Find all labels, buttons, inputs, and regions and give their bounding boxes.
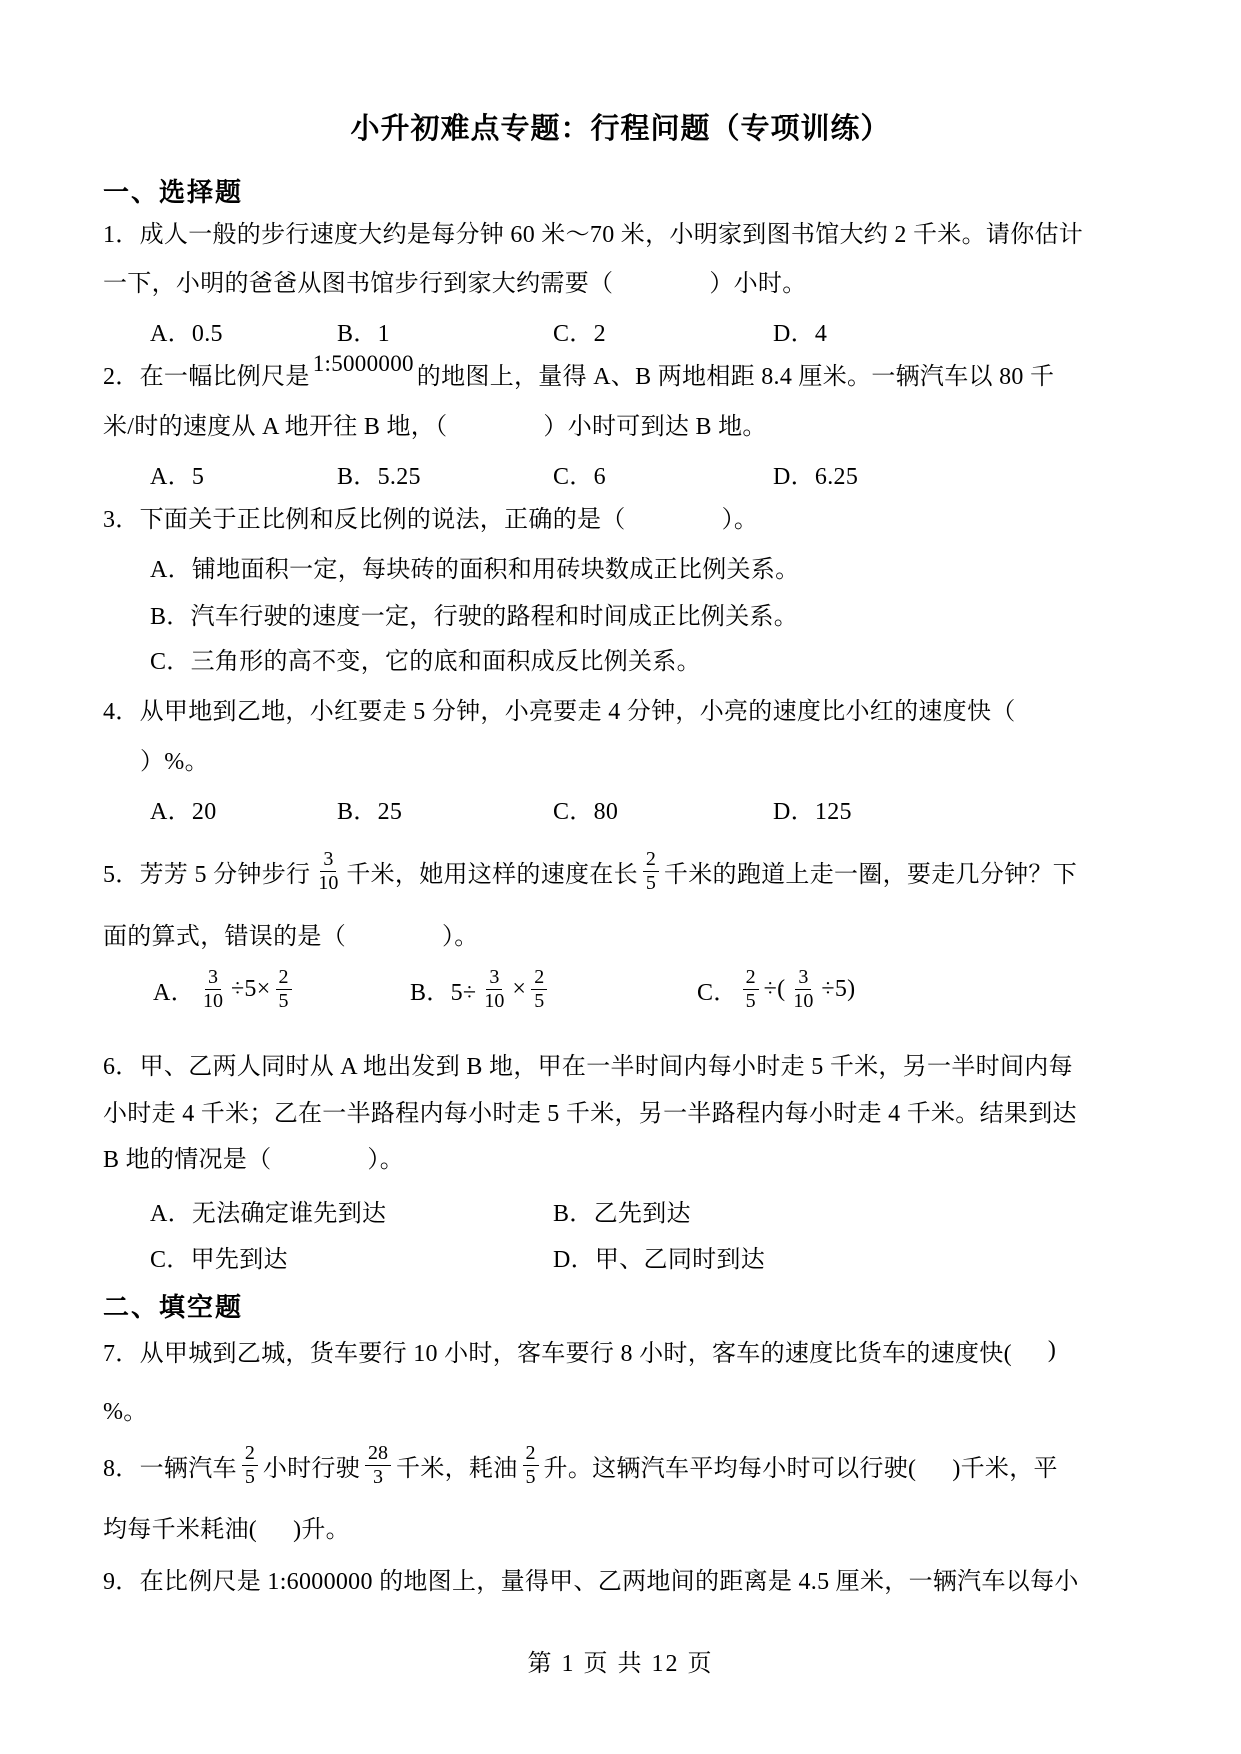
fraction-denominator: 5 bbox=[242, 1466, 258, 1489]
question-1-options: A．0.5B．1C．2D．4 bbox=[103, 306, 1146, 354]
fraction-numerator: 2 bbox=[531, 966, 547, 990]
fraction-denominator: 5 bbox=[643, 872, 659, 895]
fraction-denominator: 10 bbox=[315, 872, 341, 895]
fraction: 25 bbox=[643, 848, 659, 895]
option-cell: C．25÷(310÷5) bbox=[697, 956, 855, 1022]
option-cell: D．125 bbox=[773, 784, 852, 832]
text-run: 3．下面关于正比例和反比例的说法，正确的是（ bbox=[103, 499, 626, 534]
text-run: ）。 bbox=[367, 1139, 404, 1174]
option-cell: B．5÷310×25 bbox=[410, 956, 552, 1022]
map-scale-ratio: 1:5000000 bbox=[313, 351, 414, 377]
text-run: A．20 bbox=[150, 791, 217, 826]
text-run: × bbox=[512, 976, 526, 1003]
fraction-denominator: 3 bbox=[370, 1466, 386, 1489]
text-run: 6．甲、乙两人同时从 A 地出发到 B 地，甲在一半时间内每小时走 5 千米，另… bbox=[103, 1046, 1073, 1081]
text-run: A． bbox=[153, 972, 195, 1007]
text-run: )千米，平 bbox=[952, 1448, 1058, 1483]
question-5-line-2: 面的算式，错误的是（）。 bbox=[103, 909, 1146, 957]
question-3-option-b: B．汽车行驶的速度一定，行驶的路程和时间成正比例关系。 bbox=[150, 589, 1146, 637]
text-run: B．汽车行驶的速度一定，行驶的路程和时间成正比例关系。 bbox=[150, 596, 798, 631]
fraction-denominator: 5 bbox=[523, 1466, 539, 1489]
text-run: B．25 bbox=[337, 791, 402, 826]
answer-blank bbox=[447, 422, 543, 424]
text-run: ）。 bbox=[722, 499, 759, 534]
text-run: D．6.25 bbox=[773, 456, 858, 491]
text-run: 2．在一幅比例尺是 bbox=[103, 356, 310, 391]
text-run: ）小时可到达 B 地。 bbox=[543, 406, 766, 441]
text-run: ÷( bbox=[764, 976, 786, 1003]
text-run: 9．在比例尺是 1:6000000 的地图上，量得甲、乙两地间的距离是 4.5 … bbox=[103, 1561, 1079, 1596]
question-2-line-2: 米/时的速度从 A 地开往 B 地，（）小时可到达 B 地。 bbox=[103, 399, 1146, 447]
fraction: 25 bbox=[743, 966, 759, 1013]
answer-blank bbox=[916, 1464, 952, 1466]
fraction-denominator: 10 bbox=[200, 990, 226, 1013]
fraction-numerator: 2 bbox=[242, 1442, 258, 1466]
question-6-line-2: 小时走 4 千米；乙在一半路程内每小时走 5 千米，另一半路程内每小时走 4 千… bbox=[103, 1086, 1146, 1134]
text-run: 面的算式，错误的是（ bbox=[103, 916, 346, 951]
option-cell: C．80 bbox=[553, 784, 618, 832]
option-cell: A．310÷5×25 bbox=[153, 956, 297, 1022]
text-run: 千米，耗油 bbox=[396, 1448, 518, 1483]
fraction-numerator: 2 bbox=[743, 966, 759, 990]
text-run: 均每千米耗油( bbox=[103, 1509, 257, 1544]
answer-blank bbox=[346, 932, 442, 934]
text-run: ) bbox=[1048, 1337, 1056, 1364]
text-run: A．铺地面积一定，每块砖的面积和用砖块数成正比例关系。 bbox=[150, 549, 799, 584]
text-run: ）。 bbox=[442, 916, 479, 951]
question-5-options: A．310÷5×25B．5÷310×25C．25÷(310÷5) bbox=[103, 956, 1146, 1022]
question-8-line-2: 均每千米耗油()升。 bbox=[103, 1502, 1146, 1550]
text-run: C．甲先到达 bbox=[150, 1239, 288, 1274]
text-run: 5．芳芳 5 分钟步行 bbox=[103, 854, 310, 889]
question-6-line-3: B 地的情况是（）。 bbox=[103, 1132, 1146, 1180]
text-run: B．乙先到达 bbox=[553, 1193, 691, 1228]
option-cell: D．甲、乙同时到达 bbox=[553, 1232, 765, 1280]
worksheet-page: 小升初难点专题：行程问题（专项训练） 一、选择题1．成人一般的步行速度大约是每分… bbox=[0, 0, 1241, 1754]
option-cell: D．6.25 bbox=[773, 449, 858, 497]
fraction: 310 bbox=[481, 966, 507, 1013]
text-run: D．甲、乙同时到达 bbox=[553, 1239, 765, 1274]
text-run: C． bbox=[697, 972, 738, 1007]
text-run: 升。这辆汽车平均每小时可以行驶( bbox=[544, 1448, 917, 1483]
text-run: 1．成人一般的步行速度大约是每分钟 60 米～70 米，小明家到图书馆大约 2 … bbox=[103, 214, 1083, 249]
text-run: C．三角形的高不变，它的底和面积成反比例关系。 bbox=[150, 641, 701, 676]
text-run: 小时走 4 千米；乙在一半路程内每小时走 5 千米，另一半路程内每小时走 4 千… bbox=[103, 1093, 1077, 1128]
text-run: A．5 bbox=[150, 456, 204, 491]
question-3-line-1: 3．下面关于正比例和反比例的说法，正确的是（）。 bbox=[103, 492, 1146, 540]
answer-blank bbox=[1012, 1349, 1048, 1351]
fraction-denominator: 5 bbox=[743, 990, 759, 1013]
fraction-numerator: 2 bbox=[276, 966, 292, 990]
fraction-numerator: 2 bbox=[643, 848, 659, 872]
text-run: ）%。 bbox=[140, 741, 209, 776]
question-6-options-ab: A．无法确定谁先到达B．乙先到达 bbox=[103, 1186, 1146, 1234]
fraction: 283 bbox=[365, 1442, 391, 1489]
fraction: 310 bbox=[790, 966, 816, 1013]
option-cell: C．6 bbox=[553, 449, 606, 497]
option-cell: A．无法确定谁先到达 bbox=[150, 1186, 386, 1234]
text-run: 一、选择题 bbox=[103, 172, 243, 209]
question-3-option-c: C．三角形的高不变，它的底和面积成反比例关系。 bbox=[150, 634, 1146, 682]
question-4-line-1: 4．从甲地到乙地，小红要走 5 分钟，小亮要走 4 分钟，小亮的速度比小红的速度… bbox=[103, 684, 1146, 732]
text-run: %。 bbox=[103, 1391, 148, 1426]
option-cell: C．2 bbox=[553, 306, 606, 354]
question-7-line-2: %。 bbox=[103, 1384, 1146, 1432]
fraction-numerator: 3 bbox=[795, 966, 811, 990]
question-2-line-1: 2．在一幅比例尺是1:5000000的地图上，量得 A、B 两地相距 8.4 厘… bbox=[103, 349, 1146, 397]
question-6-line-1: 6．甲、乙两人同时从 A 地出发到 B 地，甲在一半时间内每小时走 5 千米，另… bbox=[103, 1039, 1146, 1087]
text-run: B．5.25 bbox=[337, 456, 421, 491]
answer-blank bbox=[257, 1525, 293, 1527]
fraction-numerator: 2 bbox=[523, 1442, 539, 1466]
question-1-line-1: 1．成人一般的步行速度大约是每分钟 60 米～70 米，小明家到图书馆大约 2 … bbox=[103, 207, 1146, 255]
question-3-option-a: A．铺地面积一定，每块砖的面积和用砖块数成正比例关系。 bbox=[150, 542, 1146, 590]
question-4-options: A．20B．25C．80D．125 bbox=[103, 784, 1146, 832]
option-cell: B．乙先到达 bbox=[553, 1186, 691, 1234]
fraction: 25 bbox=[276, 966, 292, 1013]
text-run: 千米，她用这样的速度在长 bbox=[346, 854, 638, 889]
fraction-denominator: 10 bbox=[790, 990, 816, 1013]
fraction: 25 bbox=[242, 1442, 258, 1489]
text-run: D．125 bbox=[773, 791, 852, 826]
answer-blank bbox=[626, 515, 722, 517]
page-title: 小升初难点专题：行程问题（专项训练） bbox=[0, 112, 1241, 146]
fraction-denominator: 10 bbox=[481, 990, 507, 1013]
text-run: B．5÷ bbox=[410, 972, 476, 1007]
fraction: 310 bbox=[315, 848, 341, 895]
option-cell: A．5 bbox=[150, 449, 204, 497]
page-footer: 第 1 页 共 12 页 bbox=[0, 1649, 1241, 1679]
text-run: D．4 bbox=[773, 313, 827, 348]
answer-blank bbox=[613, 279, 709, 281]
text-run: )升。 bbox=[293, 1509, 350, 1544]
text-run: 8．一辆汽车 bbox=[103, 1448, 237, 1483]
text-run: 4．从甲地到乙地，小红要走 5 分钟，小亮要走 4 分钟，小亮的速度比小红的速度… bbox=[103, 691, 1016, 726]
question-6-options-cd: C．甲先到达D．甲、乙同时到达 bbox=[103, 1232, 1146, 1280]
fraction-numerator: 3 bbox=[320, 848, 336, 872]
fraction-denominator: 5 bbox=[276, 990, 292, 1013]
option-cell: A．20 bbox=[150, 784, 217, 832]
text-run: A．无法确定谁先到达 bbox=[150, 1193, 386, 1228]
option-cell: B．5.25 bbox=[337, 449, 421, 497]
text-run: C．2 bbox=[553, 313, 606, 348]
fraction: 310 bbox=[200, 966, 226, 1013]
fraction-numerator: 28 bbox=[365, 1442, 391, 1466]
option-cell: C．甲先到达 bbox=[150, 1232, 288, 1280]
text-run: 的地图上，量得 A、B 两地相距 8.4 厘米。一辆汽车以 80 千 bbox=[417, 356, 1055, 391]
fraction-numerator: 3 bbox=[205, 966, 221, 990]
question-9-line-1: 9．在比例尺是 1:6000000 的地图上，量得甲、乙两地间的距离是 4.5 … bbox=[103, 1554, 1146, 1602]
option-cell: A．0.5 bbox=[150, 306, 223, 354]
text-run: 一下，小明的爸爸从图书馆步行到家大约需要（ bbox=[103, 263, 613, 298]
option-cell: B．1 bbox=[337, 306, 390, 354]
text-run: ÷5) bbox=[821, 976, 855, 1003]
text-run: 米/时的速度从 A 地开往 B 地，（ bbox=[103, 406, 447, 441]
text-run: C．6 bbox=[553, 456, 606, 491]
question-4-line-2: ）%。 bbox=[140, 734, 1146, 782]
option-cell: D．4 bbox=[773, 306, 827, 354]
question-5-line-1: 5．芳芳 5 分钟步行310千米，她用这样的速度在长25千米的跑道上走一圈，要走… bbox=[103, 838, 1146, 904]
section-heading-fill-in-blank: 二、填空题 bbox=[103, 1281, 1146, 1329]
question-8-line-1: 8．一辆汽车25小时行驶283千米，耗油25升。这辆汽车平均每小时可以行驶()千… bbox=[103, 1432, 1146, 1498]
fraction-numerator: 3 bbox=[486, 966, 502, 990]
fraction-denominator: 5 bbox=[531, 990, 547, 1013]
text-run: 7．从甲城到乙城，货车要行 10 小时，客车要行 8 小时，客车的速度比货车的速… bbox=[103, 1333, 1012, 1368]
text-run: ）小时。 bbox=[709, 263, 806, 298]
option-cell: B．25 bbox=[337, 784, 402, 832]
text-run: ÷5× bbox=[231, 976, 271, 1003]
answer-blank bbox=[271, 1155, 367, 1157]
fraction: 25 bbox=[531, 966, 547, 1013]
question-1-line-2: 一下，小明的爸爸从图书馆步行到家大约需要（）小时。 bbox=[103, 256, 1146, 304]
text-run: B．1 bbox=[337, 313, 390, 348]
question-7-line-1: 7．从甲城到乙城，货车要行 10 小时，客车要行 8 小时，客车的速度比货车的速… bbox=[103, 1326, 1146, 1374]
fraction: 25 bbox=[523, 1442, 539, 1489]
question-2-options: A．5B．5.25C．6D．6.25 bbox=[103, 449, 1146, 497]
text-run: 千米的跑道上走一圈，要走几分钟？下 bbox=[664, 854, 1077, 889]
text-run: 小时行驶 bbox=[263, 1448, 360, 1483]
text-run: B 地的情况是（ bbox=[103, 1139, 271, 1174]
text-run: C．80 bbox=[553, 791, 618, 826]
text-run: A．0.5 bbox=[150, 313, 223, 348]
text-run: 二、填空题 bbox=[103, 1287, 243, 1324]
